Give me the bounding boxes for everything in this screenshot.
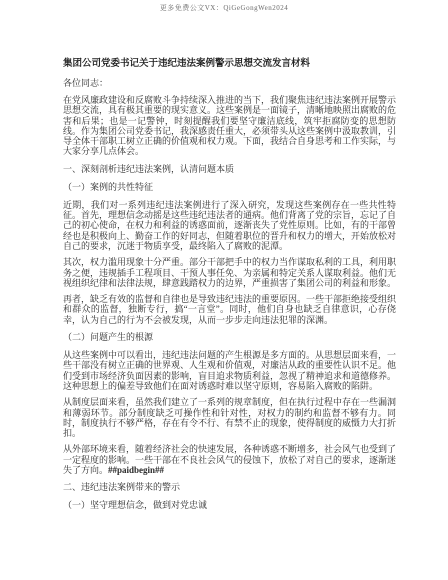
section-1-sub-1-heading: （一）案例的共性特征 [63, 182, 396, 193]
intro-paragraph: 在党风廉政建设和反腐败斗争持续深入推进的当下，我们聚焦违纪违法案例开展警示思想交… [63, 95, 396, 157]
section-2-sub-1-heading: （一）坚守理想信念，做到对党忠诚 [63, 500, 396, 511]
paragraph-common-traits: 近期，我们对一系列违纪违法案例进行了深入研究，发现这些案例存在一些共性特征。首先… [63, 200, 396, 251]
paragraph-power-abuse: 其次，权力滥用现象十分严重。部分干部把手中的权力当作谋取私利的工具，利用职务之便… [63, 257, 396, 288]
section-1-sub-2-heading: （二）问题产生的根源 [63, 332, 396, 343]
salutation: 各位同志： [63, 78, 396, 89]
section-1-heading: 一、深刻剖析违纪违法案例，认清问题本质 [63, 164, 396, 175]
paragraph-external-root: 从外部环境来看，随着经济社会的快速发展，各种诱惑不断增多，社会风气也受到了一定程… [63, 444, 396, 475]
watermark-text: 更多免费公文VX：QiGeGongWen2024 [0, 0, 448, 13]
paragraph-institutional-root: 从制度层面来看，虽然我们建立了一系列的规章制度，但在执行过程中存在一些漏洞和薄弱… [63, 397, 396, 438]
paragraph-lack-of-supervision: 再者，缺乏有效的监督和自律也是导致违纪违法的重要原因。一些干部拒绝接受组织和群众… [63, 294, 396, 325]
document-title: 集团公司党委书记关于违纪违法案例警示思想交流发言材料 [63, 58, 396, 71]
paragraph-ideological-root: 从这些案例中可以看出，违纪违法问题的产生根源是多方面的。从思想层面来看，一些干部… [63, 350, 396, 391]
document-body: 集团公司党委书记关于违纪违法案例警示思想交流发言材料 各位同志： 在党风廉政建设… [63, 58, 396, 511]
paid-begin-marker: ##paidbegin## [108, 465, 164, 475]
document-page: 更多免费公文VX：QiGeGongWen2024 集团公司党委书记关于违纪违法案… [0, 0, 448, 511]
section-2-heading: 二、违纪违法案例带来的警示 [63, 482, 396, 493]
